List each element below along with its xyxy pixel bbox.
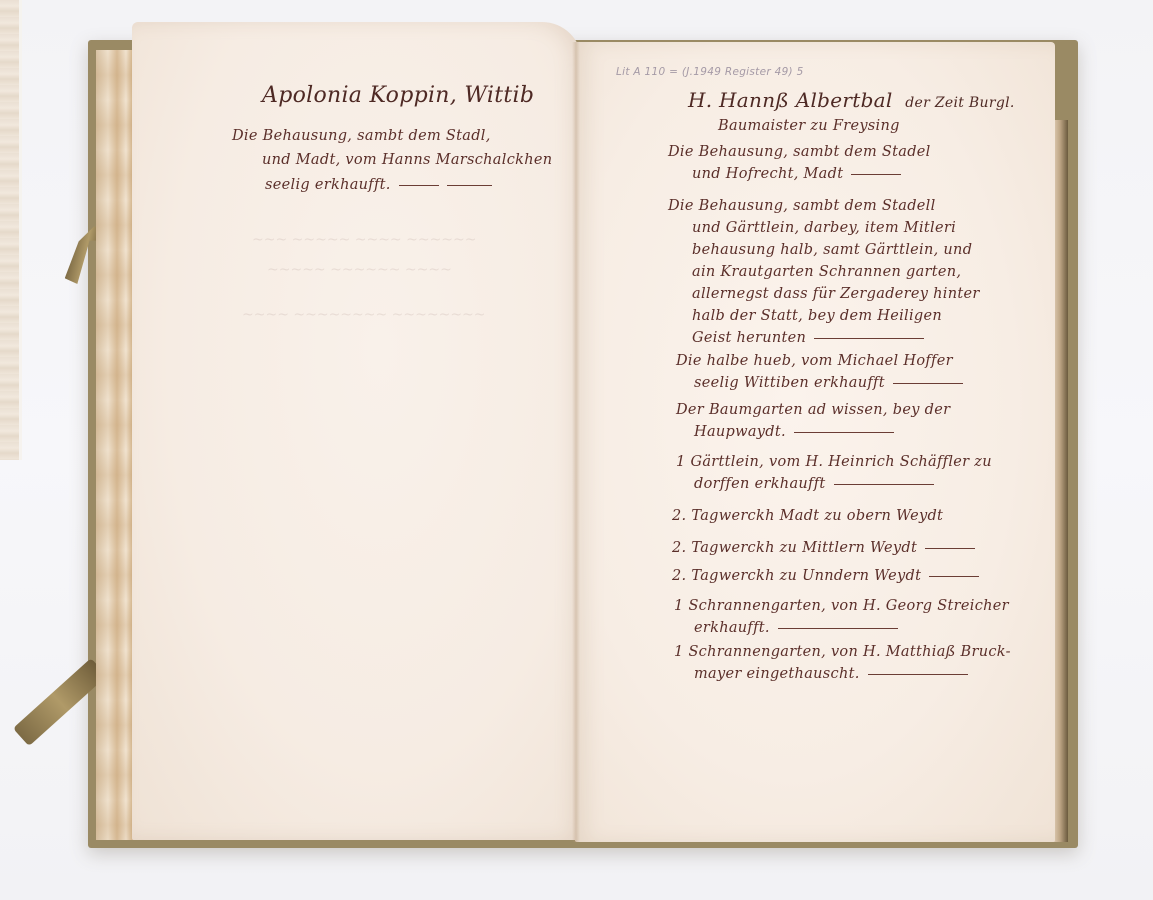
bleed-through-text: ~~~~~ ~~~~~~ ~~~~ (267, 262, 452, 278)
entry-line: und Gärttlein, darbey, item Mitleri (692, 220, 956, 236)
pencil-archive-note: Lit A 110 = (J.1949 Register 49) 5 (616, 66, 804, 78)
entry-line: allernegst dass für Zergaderey hinter (692, 286, 980, 302)
entry-line: Der Baumgarten ad wissen, bey der (676, 402, 950, 418)
entry-line: dorffen erkhaufft (694, 476, 934, 492)
right-page-heading-line-2: Baumaister zu Freysing (718, 118, 900, 134)
entry-line: Geist herunten (692, 330, 924, 346)
entry-line: 1 Gärttlein, vom H. Heinrich Schäffler z… (676, 454, 992, 470)
left-page-line-1: Die Behausung, sambt dem Stadl, (232, 128, 491, 144)
entry-line: 2. Tagwerckh zu Unndern Weydt (672, 568, 979, 584)
entry-line: behausung halb, samt Gärttlein, und (692, 242, 972, 258)
entry-line: 1 Schrannengarten, von H. Matthiaß Bruck… (674, 644, 1011, 660)
entry-line: 2. Tagwerckh Madt zu obern Weydt (672, 508, 943, 524)
entry-line: mayer eingethauscht. (694, 666, 968, 682)
entry-line: und Hofrecht, Madt (692, 166, 901, 182)
entry-line: 1 Schrannengarten, von H. Georg Streiche… (674, 598, 1009, 614)
entry-line: halb der Statt, bey dem Heiligen (692, 308, 942, 324)
entry-line: erkhaufft. (694, 620, 898, 636)
open-manuscript-book: ~~~ ~~~~~ ~~~~ ~~~~~~ ~~~~~ ~~~~~~ ~~~~ … (0, 0, 1153, 900)
entry-line: 2. Tagwerckh zu Mittlern Weydt (672, 540, 975, 556)
entry-line: seelig Wittiben erkhaufft (694, 375, 963, 391)
entry-line: Die halbe hueb, vom Michael Hoffer (676, 353, 953, 369)
entry-line: Die Behausung, sambt dem Stadell (668, 198, 936, 214)
right-page-heading: H. Hannß Albertbal der Zeit Burgl. (688, 88, 1015, 112)
left-page-line-2: und Madt, vom Hanns Marschalckhen (262, 152, 552, 168)
entry-line: Die Behausung, sambt dem Stadel (668, 144, 931, 160)
left-page: ~~~ ~~~~~ ~~~~ ~~~~~~ ~~~~~ ~~~~~~ ~~~~ … (132, 22, 582, 840)
left-page-line-3: seelig erkhaufft. (265, 177, 492, 193)
bleed-through-text: ~~~~ ~~~~~~~~ ~~~~~~~~ (242, 307, 486, 323)
right-page (575, 42, 1055, 842)
left-page-heading: Apolonia Koppin, Wittib (262, 83, 534, 108)
entry-line: Haupwaydt. (694, 424, 894, 440)
book-gutter (572, 42, 580, 842)
entry-line: ain Krautgarten Schrannen garten, (692, 264, 961, 280)
bleed-through-text: ~~~ ~~~~~ ~~~~ ~~~~~~ (252, 232, 477, 248)
